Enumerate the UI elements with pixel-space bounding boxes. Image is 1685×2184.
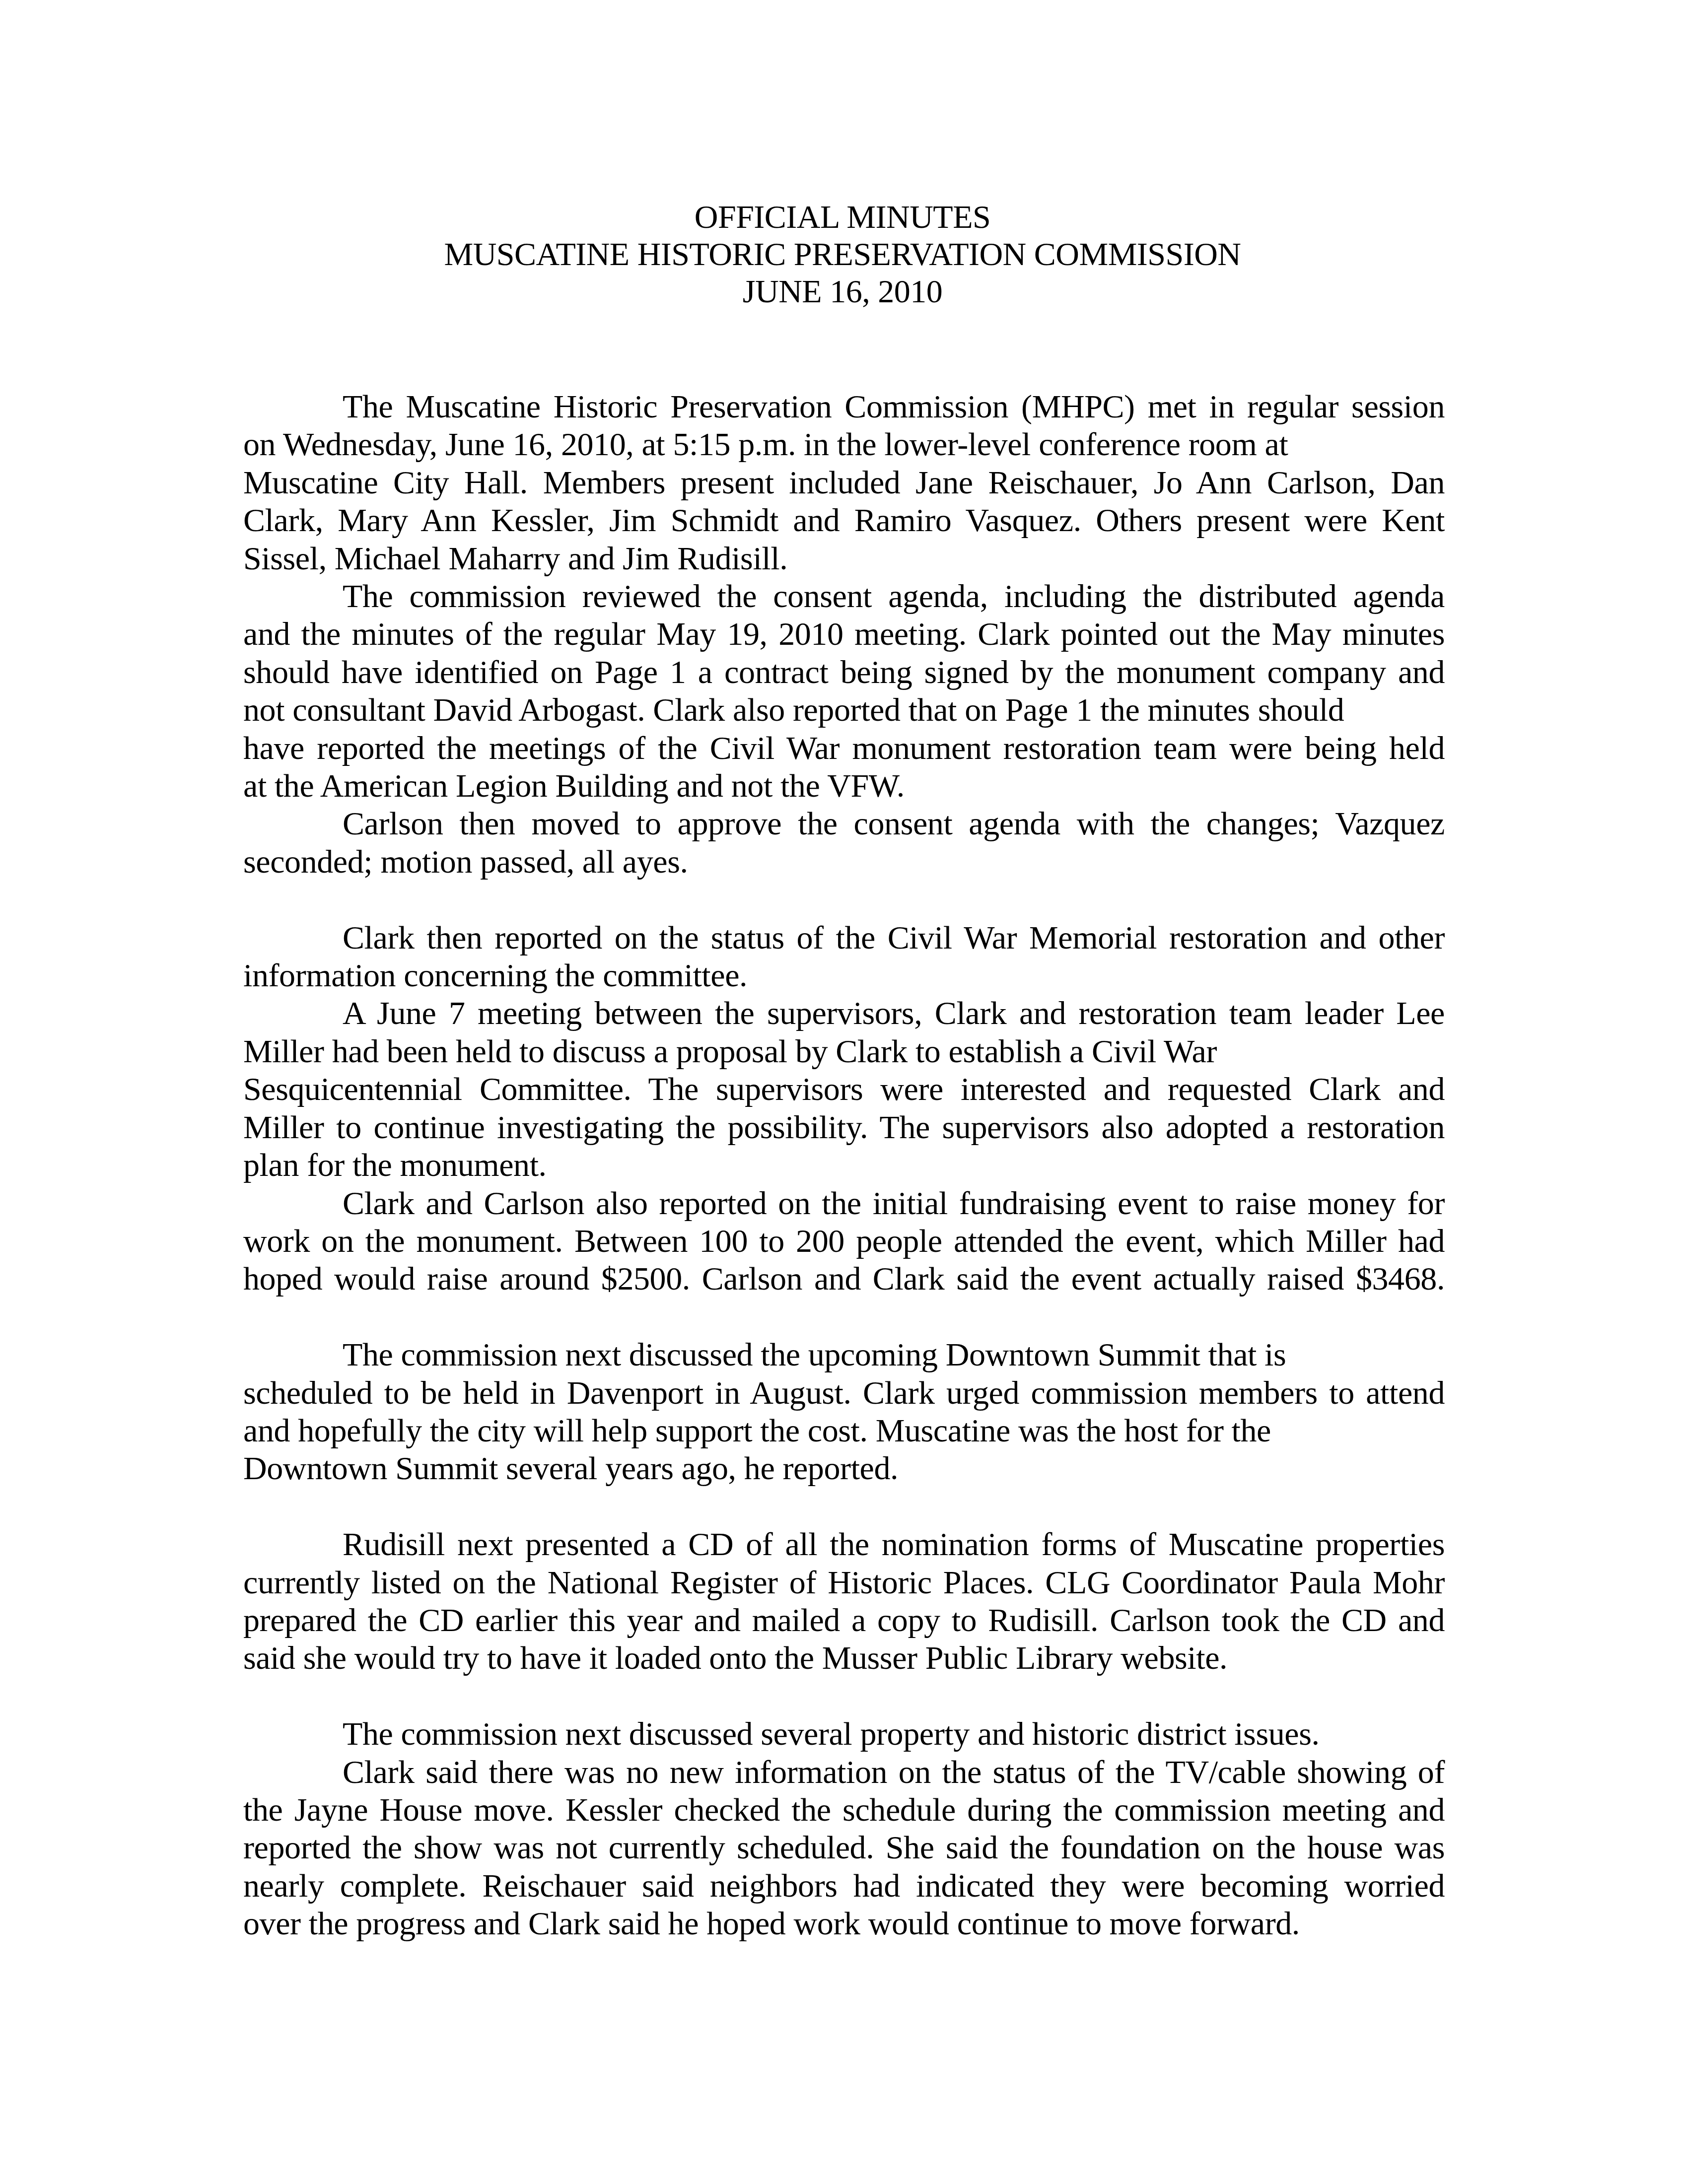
- text-line: Clark, Mary Ann Kessler, Jim Schmidt and…: [243, 502, 1445, 540]
- paragraph-civil-war-report: Clark then reported on the status of the…: [243, 919, 1445, 995]
- text-line: information concerning the committee.: [243, 957, 1445, 995]
- text-line: Sesquicentennial Committee. The supervis…: [243, 1071, 1445, 1108]
- text-line: should have identified on Page 1 a contr…: [243, 654, 1445, 691]
- text-line: have reported the meetings of the Civil …: [243, 730, 1445, 767]
- text-line: The commission reviewed the consent agen…: [243, 578, 1445, 615]
- paragraph-attendance: The Muscatine Historic Preservation Comm…: [243, 388, 1445, 578]
- text-line: at the American Legion Building and not …: [243, 767, 1445, 805]
- paragraph-fundraising: Clark and Carlson also reported on the i…: [243, 1185, 1445, 1298]
- text-line: the Jayne House move. Kessler checked th…: [243, 1791, 1445, 1829]
- paragraph-gap: [243, 1678, 1445, 1715]
- text-line: The Muscatine Historic Preservation Comm…: [243, 388, 1445, 426]
- text-line: Clark and Carlson also reported on the i…: [243, 1185, 1445, 1223]
- text-line: nearly complete. Reischauer said neighbo…: [243, 1867, 1445, 1905]
- text-line: prepared the CD earlier this year and ma…: [243, 1602, 1445, 1639]
- text-line: scheduled to be held in Davenport in Aug…: [243, 1374, 1445, 1412]
- paragraph-jayne-house: Clark said there was no new information …: [243, 1754, 1445, 1943]
- paragraph-june-7-meeting: A June 7 meeting between the supervisors…: [243, 995, 1445, 1184]
- text-line: Muscatine City Hall. Members present inc…: [243, 464, 1445, 502]
- text-line: Rudisill next presented a CD of all the …: [243, 1526, 1445, 1564]
- document-header: OFFICIAL MINUTES MUSCATINE HISTORIC PRES…: [0, 199, 1685, 310]
- paragraph-downtown-summit: The commission next discussed the upcomi…: [243, 1336, 1445, 1488]
- text-line: Clark said there was no new information …: [243, 1754, 1445, 1791]
- document-title: OFFICIAL MINUTES: [0, 199, 1685, 236]
- text-line: hoped would raise around $2500. Carlson …: [243, 1260, 1445, 1298]
- paragraph-property-issues: The commission next discussed several pr…: [243, 1715, 1445, 1753]
- text-line: The commission next discussed the upcomi…: [243, 1336, 1445, 1374]
- paragraph-motion: Carlson then moved to approve the consen…: [243, 805, 1445, 881]
- text-line: and the minutes of the regular May 19, 2…: [243, 615, 1445, 653]
- paragraph-consent-agenda: The commission reviewed the consent agen…: [243, 578, 1445, 805]
- text-line: A June 7 meeting between the supervisors…: [243, 995, 1445, 1032]
- text-line: seconded; motion passed, all ayes.: [243, 843, 1445, 881]
- paragraph-national-register-cd: Rudisill next presented a CD of all the …: [243, 1526, 1445, 1678]
- paragraph-gap: [243, 881, 1445, 919]
- text-line: Clark then reported on the status of the…: [243, 919, 1445, 957]
- text-line: and hopefully the city will help support…: [243, 1412, 1445, 1450]
- meeting-date: JUNE 16, 2010: [0, 273, 1685, 310]
- organization-name: MUSCATINE HISTORIC PRESERVATION COMMISSI…: [0, 236, 1685, 273]
- text-line: over the progress and Clark said he hope…: [243, 1905, 1445, 1943]
- text-line: Miller had been held to discuss a propos…: [243, 1033, 1445, 1071]
- text-line: Downtown Summit several years ago, he re…: [243, 1450, 1445, 1488]
- paragraph-gap: [243, 1298, 1445, 1336]
- text-line: not consultant David Arbogast. Clark als…: [243, 691, 1445, 729]
- text-line: on Wednesday, June 16, 2010, at 5:15 p.m…: [243, 426, 1445, 464]
- text-line: work on the monument. Between 100 to 200…: [243, 1223, 1445, 1260]
- text-line: Sissel, Michael Maharry and Jim Rudisill…: [243, 540, 1445, 578]
- minutes-body: The Muscatine Historic Preservation Comm…: [243, 388, 1445, 1943]
- text-line: plan for the monument.: [243, 1147, 1445, 1184]
- text-line: reported the show was not currently sche…: [243, 1829, 1445, 1867]
- text-line: currently listed on the National Registe…: [243, 1564, 1445, 1602]
- text-line: Miller to continue investigating the pos…: [243, 1109, 1445, 1147]
- document-page: OFFICIAL MINUTES MUSCATINE HISTORIC PRES…: [0, 0, 1685, 2184]
- text-line: Carlson then moved to approve the consen…: [243, 805, 1445, 843]
- paragraph-gap: [243, 1488, 1445, 1526]
- text-line: The commission next discussed several pr…: [243, 1715, 1445, 1753]
- text-line: said she would try to have it loaded ont…: [243, 1639, 1445, 1677]
